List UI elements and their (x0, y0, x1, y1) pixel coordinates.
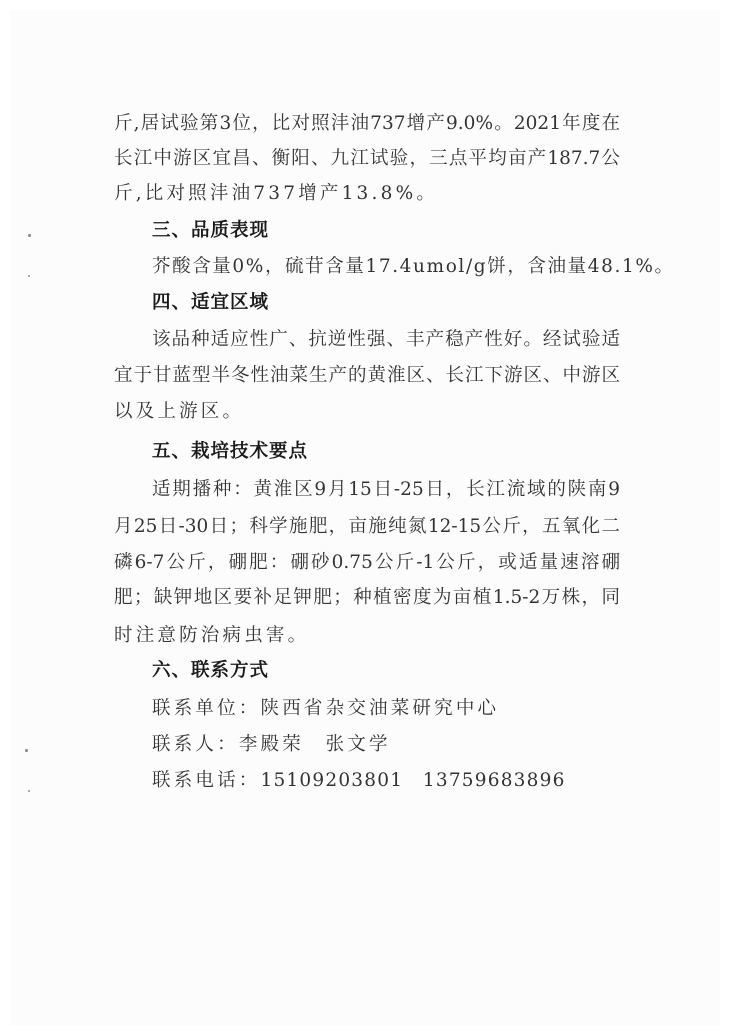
paragraph-line: 磷6-7公斤，硼肥：硼砂0.75公斤-1公斤，或适量速溶硼 (114, 545, 620, 581)
paragraph-line: 适期播种：黄淮区9月15日-25日，长江流域的陕南9 (152, 472, 620, 508)
paragraph-line: 以及上游区。 (114, 394, 620, 430)
paragraph-line: 肥；缺钾地区要补足钾肥；种植密度为亩植1.5-2万株，同 (114, 580, 620, 616)
scan-speck (25, 749, 28, 752)
contact-unit-value: 陕西省杂交油菜研究中心 (261, 698, 500, 719)
paragraph-line: 月25日-30日；科学施肥，亩施纯氮12-15公斤，五氧化二 (114, 509, 620, 545)
contact-unit-row: 联系单位：陕西省杂交油菜研究中心 (152, 691, 620, 727)
paragraph-line: 时注意防治病虫害。 (114, 618, 620, 654)
paragraph-line: 斤,比对照沣油737增产13.8%。 (114, 176, 620, 212)
paragraph-line: 斤,居试验第3位，比对照沣油737增产9.0%。2021年度在 (114, 106, 620, 142)
contact-person-label: 联系人： (152, 734, 239, 755)
paragraph-line: 宜于甘蓝型半冬性油菜生产的黄淮区、长江下游区、中游区 (114, 358, 620, 394)
section-heading-quality: 三、品质表现 (152, 213, 269, 249)
scan-speck (28, 234, 31, 237)
section-heading-region: 四、适宜区域 (152, 285, 269, 321)
paragraph-line: 长江中游区宜昌、衡阳、九江试验，三点平均亩产187.7公 (114, 141, 620, 177)
scan-speck (28, 275, 30, 277)
contact-unit-label: 联系单位： (152, 698, 261, 719)
section-heading-contact: 六、联系方式 (152, 653, 269, 689)
scan-speck (28, 790, 30, 792)
contact-phone-label: 联系电话： (152, 770, 261, 791)
contact-person-row: 联系人：李殿荣 张文学 (152, 727, 620, 763)
contact-phone-row: 联系电话：15109203801 13759683896 (152, 763, 620, 799)
paragraph-line: 该品种适应性广、抗逆性强、丰产稳产性好。经试验适 (152, 322, 620, 358)
section-heading-cultivation: 五、栽培技术要点 (152, 434, 308, 470)
paragraph-line: 芥酸含量0%，硫苷含量17.4umol/g饼，含油量48.1%。 (152, 249, 620, 285)
contact-person-value: 李殿荣 张文学 (239, 734, 391, 755)
contact-phone-value: 15109203801 13759683896 (261, 770, 566, 791)
